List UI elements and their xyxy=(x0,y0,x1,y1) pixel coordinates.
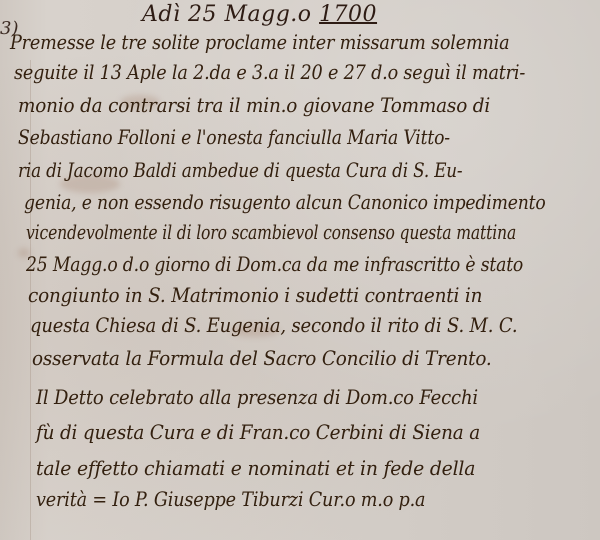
manuscript-line: tale effetto chiamati e nominati et in f… xyxy=(36,456,475,480)
heading-year: 1700 xyxy=(319,2,377,27)
manuscript-line: monio da contrarsi tra il min.o giovane … xyxy=(18,93,490,117)
manuscript-line: vicendevolmente il di loro scambievol co… xyxy=(26,220,516,244)
manuscript-line: congiunto in S. Matrimonio i sudetti con… xyxy=(28,283,482,307)
manuscript-line: Sebastiano Folloni e l'onesta fanciulla … xyxy=(18,125,450,149)
manuscript-line: ria di Jacomo Baldi ambedue di questa Cu… xyxy=(18,158,462,182)
manuscript-line: osservata la Formula del Sacro Concilio … xyxy=(32,346,492,370)
heading-date: Adì 25 Magg.o xyxy=(142,2,312,27)
manuscript-line: fù di questa Cura e di Fran.co Cerbini d… xyxy=(36,420,480,444)
manuscript-line: Il Detto celebrato alla presenza di Dom.… xyxy=(36,385,478,409)
manuscript-line: genia, e non essendo risugento alcun Can… xyxy=(24,190,546,214)
manuscript-line: 25 Magg.o d.o giorno di Dom.ca da me inf… xyxy=(26,252,523,276)
entry-heading: Adì 25 Magg.o 1700 xyxy=(142,2,377,27)
manuscript-line: verità = Io P. Giuseppe Tiburzi Cur.o m.… xyxy=(36,487,425,511)
manuscript-line: questa Chiesa di S. Eugenia, secondo il … xyxy=(30,313,517,337)
manuscript-page: 3) Adì 25 Magg.o 1700 Premesse le tre so… xyxy=(0,0,600,540)
manuscript-line: seguite il 13 Aple la 2.da e 3.a il 20 e… xyxy=(14,60,525,84)
manuscript-line: Premesse le tre solite proclame inter mi… xyxy=(10,30,509,54)
